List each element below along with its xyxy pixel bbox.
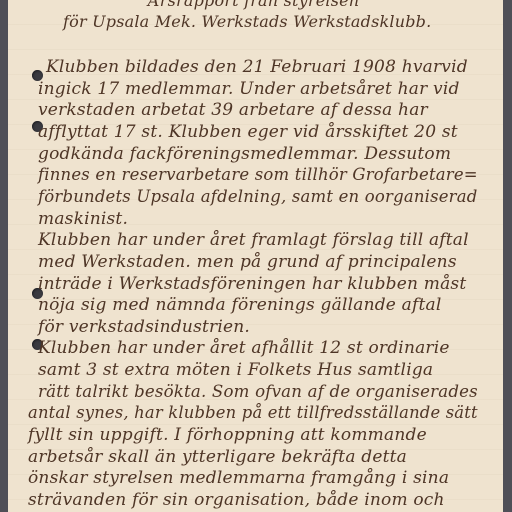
body-line: antal synes, har klubben på ett tillfred… xyxy=(28,403,478,423)
heading-line-2: för Upsala Mek. Werkstads Werkstadsklubb… xyxy=(63,12,431,31)
body-line: förbundets Upsala afdelning, samt en oor… xyxy=(38,187,478,207)
body-line: verkstaden arbetat 39 arbetare af dessa … xyxy=(38,100,428,120)
body-line: Klubben bildades den 21 Februari 1908 hv… xyxy=(46,57,468,77)
body-line: arbetsår skall än ytterligare bekräfta d… xyxy=(28,447,407,467)
body-line: med Werkstaden. men på grund af principa… xyxy=(38,252,457,272)
body-line: finnes en reservarbetare som tillhör Gro… xyxy=(38,165,478,185)
body-line: samt 3 st extra möten i Folkets Hus samt… xyxy=(38,360,433,380)
heading-line-1: Årsrapport från styrelsen xyxy=(148,0,359,10)
body-line: maskinist. xyxy=(38,209,128,229)
body-line: ingick 17 medlemmar. Under arbetsåret ha… xyxy=(38,79,460,99)
paper-sheet: Årsrapport från styrelsen för Upsala Mek… xyxy=(8,0,503,512)
body-line: fyllt sin uppgift. I förhoppning att kom… xyxy=(28,425,427,445)
body-line: Klubben har under året framlagt förslag … xyxy=(38,230,469,250)
body-line: godkända fackföreningsmedlemmar. Dessuto… xyxy=(38,144,451,164)
body-line: Klubben har under året afhållit 12 st or… xyxy=(38,338,450,358)
body-line: rätt talrikt besökta. Som ofvan af de or… xyxy=(38,382,478,402)
scanned-page: Årsrapport från styrelsen för Upsala Mek… xyxy=(0,0,512,512)
body-line: afflyttat 17 st. Klubben eger vid årsski… xyxy=(38,122,458,142)
body-line: nöja sig med nämnda förenings gällande a… xyxy=(38,295,442,315)
body-line: inträde i Werkstadsföreningen har klubbe… xyxy=(38,274,466,294)
body-line: strävanden för sin organisation, både in… xyxy=(28,490,445,510)
body-line: för verkstadsindustrien. xyxy=(38,317,250,337)
body-line: önskar styrelsen medlemmarna framgång i … xyxy=(28,468,449,488)
